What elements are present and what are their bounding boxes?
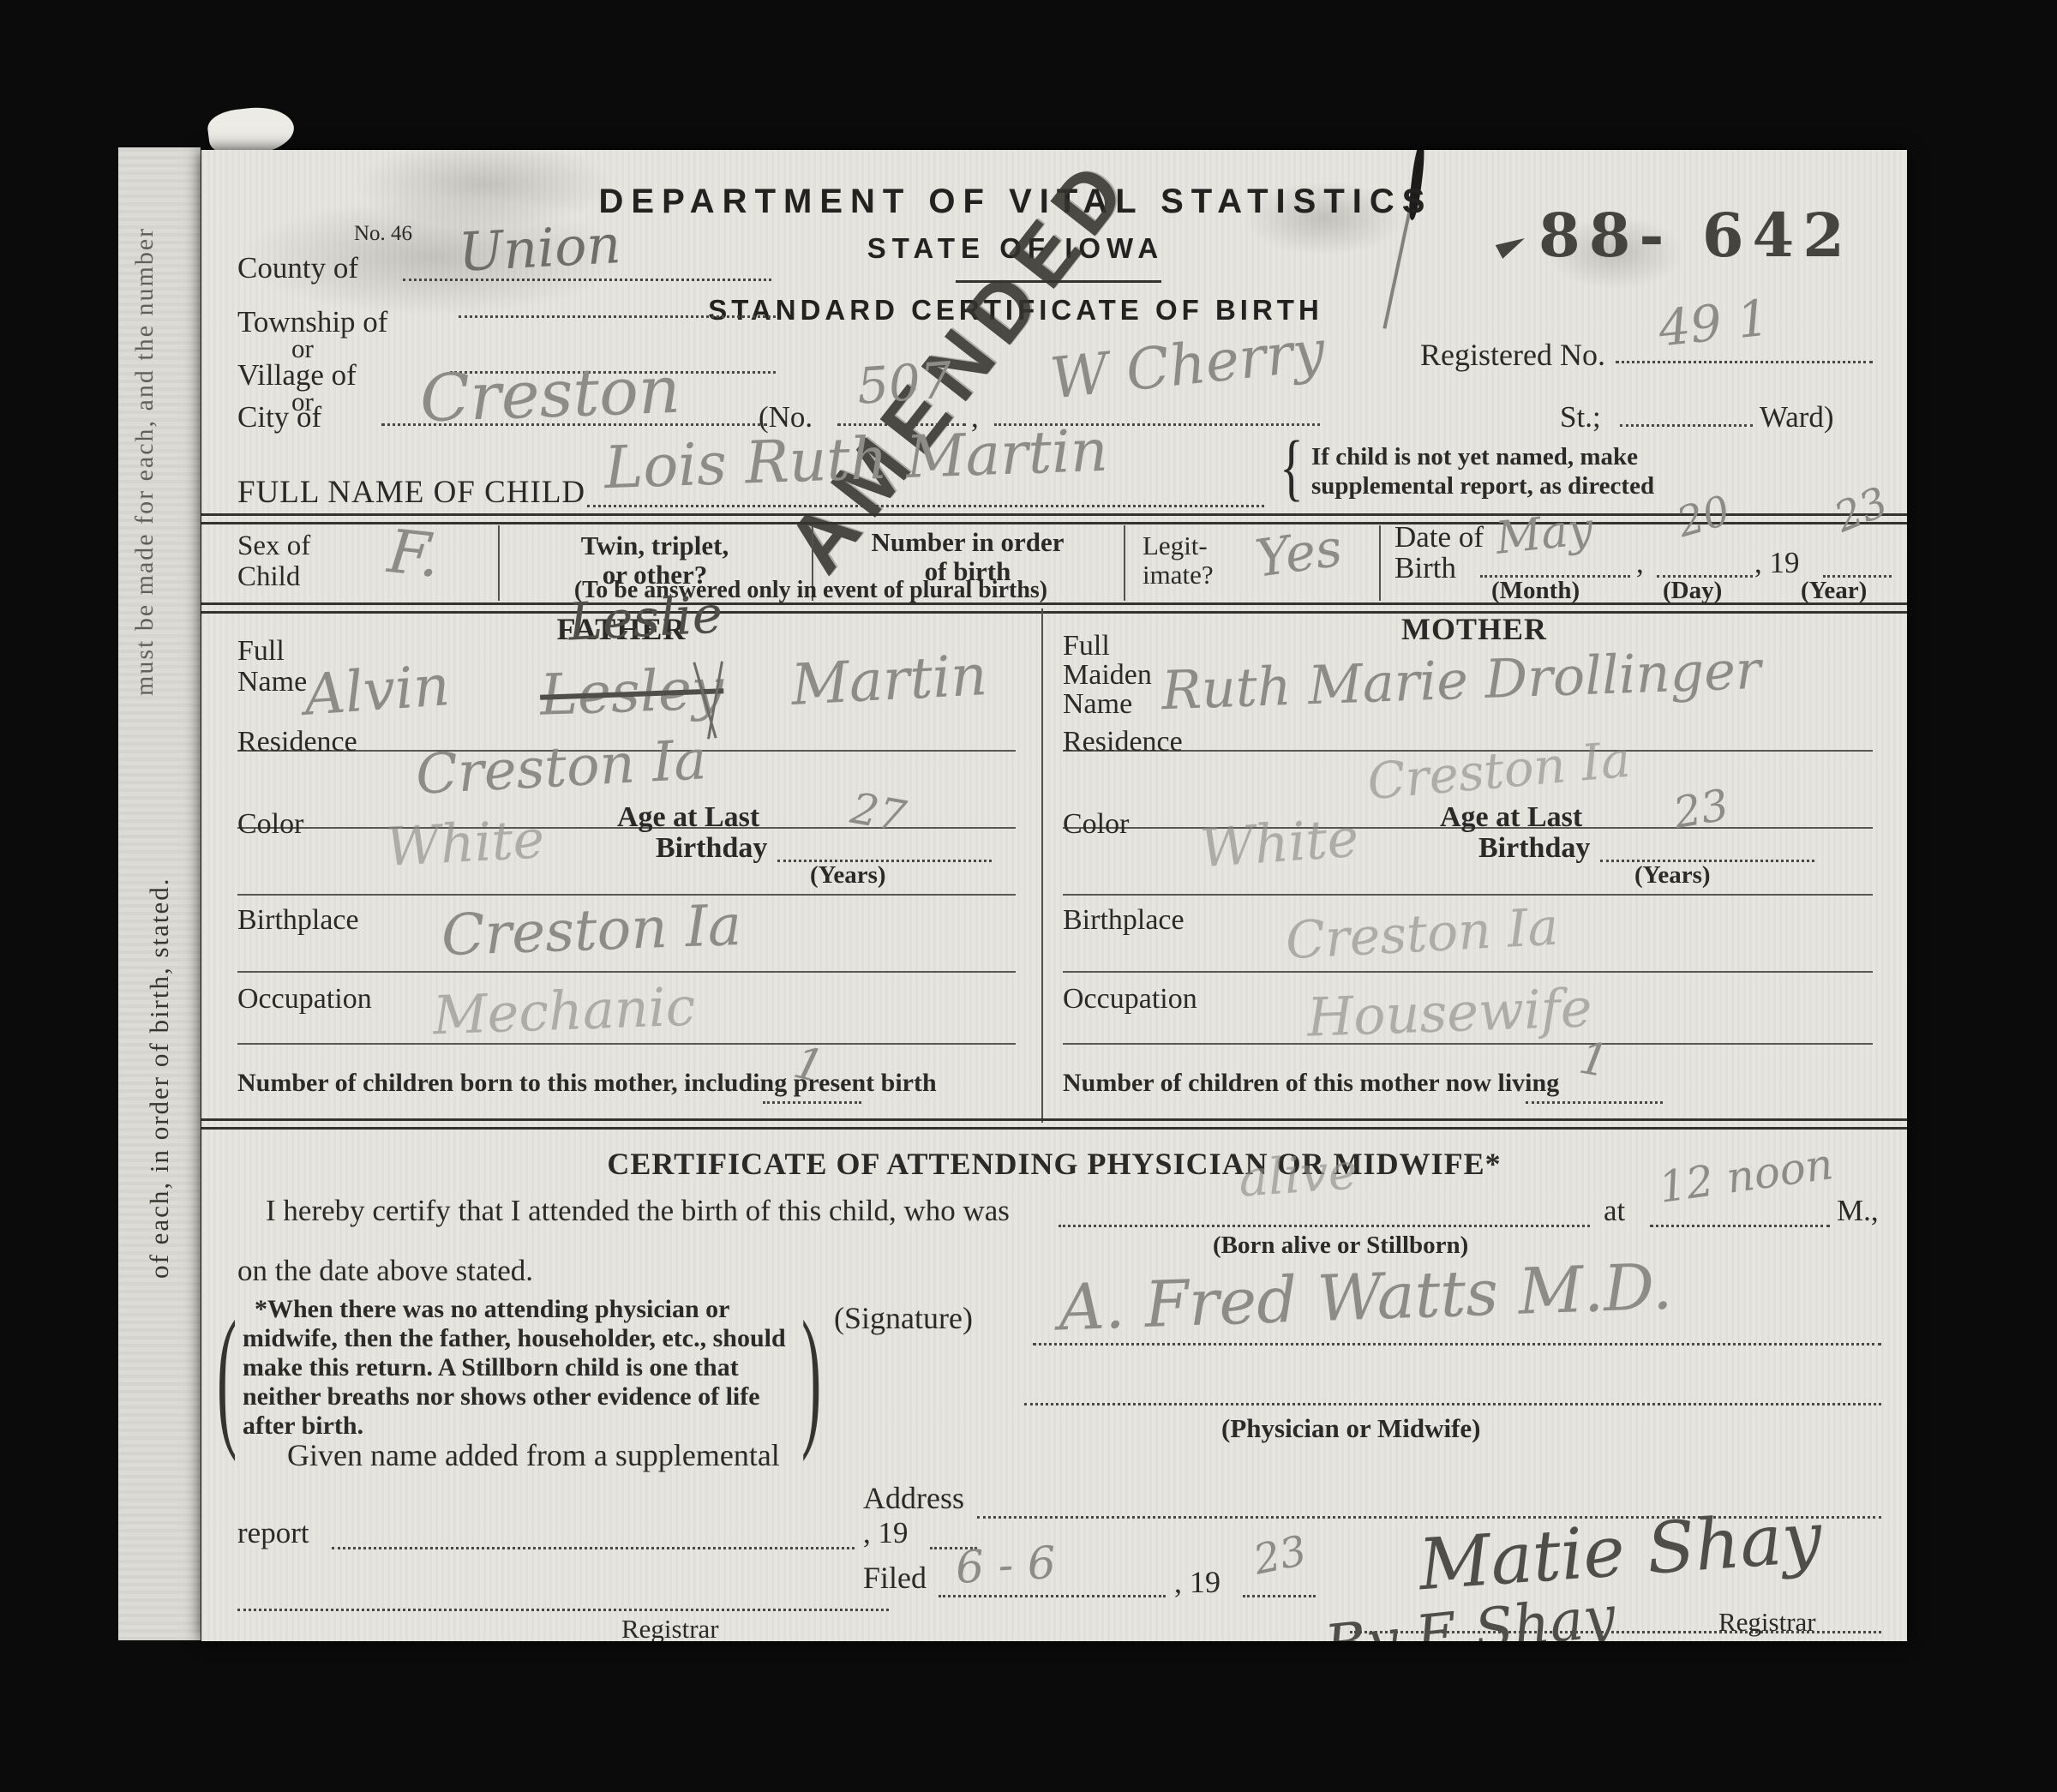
- father-residence-label: Residence: [237, 726, 357, 758]
- date-of-birth-label-line2: Birth: [1394, 551, 1456, 585]
- ward-label: Ward): [1760, 400, 1834, 435]
- mother-age-label-line2: Birthday: [1478, 832, 1590, 865]
- father-age-handwritten: 27: [847, 783, 909, 842]
- rule-top-of-sex-row: [201, 513, 1907, 524]
- report-label: report: [237, 1516, 309, 1550]
- certificate-page: DEPARTMENT OF VITAL STATISTICS STATE OF …: [201, 150, 1907, 1641]
- mother-birthplace-label: Birthplace: [1063, 904, 1184, 937]
- year-prefix: , 19: [1754, 546, 1800, 580]
- mother-section-title: MOTHER: [1041, 611, 1907, 647]
- order-label-line1: Number in order: [812, 527, 1124, 558]
- filed-year-prefix: , 19: [1174, 1564, 1220, 1600]
- sex-row-divider: [1124, 525, 1125, 601]
- year-caption: (Year): [1801, 577, 1867, 605]
- mother-birthplace-line: [1063, 971, 1873, 973]
- father-name-label-line1: Full: [237, 635, 285, 668]
- mother-residence-label: Residence: [1063, 726, 1183, 758]
- footnote-line-1: *When there was no attending physician o…: [255, 1295, 730, 1324]
- signature-blank-2: [1024, 1362, 1881, 1405]
- day-caption: (Day): [1663, 577, 1722, 605]
- rule-below-children-row: [201, 1118, 1907, 1130]
- report-year-prefix: , 19: [863, 1516, 909, 1550]
- mother-occupation-label: Occupation: [1063, 983, 1197, 1016]
- child-note-line1: If child is not yet named, make: [1311, 443, 1638, 471]
- mother-name-label-line3: Name: [1063, 688, 1132, 721]
- month-caption: (Month): [1491, 577, 1580, 605]
- father-birthplace-handwritten: Creston Ia: [441, 892, 743, 968]
- birth-year-blank: [1823, 530, 1892, 578]
- legitimate-label-line2: imate?: [1142, 560, 1214, 590]
- registrar-right-label: Registrar: [1718, 1607, 1816, 1638]
- father-name-inserted-handwritten: Leslie: [567, 584, 723, 652]
- county-handwritten: Union: [457, 213, 622, 284]
- sex-label-line1: Sex of: [237, 530, 310, 562]
- mother-occupation-line: [1063, 1043, 1873, 1045]
- note-brace: {: [1280, 423, 1304, 510]
- county-label: County of: [237, 251, 358, 285]
- father-name-label-line2: Name: [237, 666, 307, 698]
- footnote-line-4: neither breaths nor shows other evidence…: [243, 1382, 760, 1411]
- father-color-handwritten: White: [384, 807, 546, 878]
- signature-label: (Signature): [834, 1300, 973, 1336]
- sex-label-line2: Child: [237, 561, 300, 593]
- mother-name-handwritten: Ruth Marie Drollinger: [1160, 638, 1762, 722]
- mother-name-label-line2: Maiden: [1063, 659, 1152, 692]
- father-color-label: Color: [237, 808, 303, 841]
- legitimate-label-line1: Legit-: [1142, 530, 1208, 561]
- birth-month-handwritten: May: [1493, 503, 1595, 565]
- at-label: at: [1604, 1194, 1625, 1228]
- footnote-line-3: make this return. A Stillborn child is o…: [243, 1353, 739, 1382]
- st-label: St.;: [1560, 400, 1601, 435]
- footnote-line-5: after birth.: [243, 1411, 363, 1441]
- father-name-last-handwritten: Martin: [789, 642, 988, 718]
- date-comma: ,: [1636, 546, 1644, 580]
- physician-section-title: CERTIFICATE OF ATTENDING PHYSICIAN OR MI…: [201, 1146, 1907, 1182]
- father-age-caption: (Years): [810, 861, 886, 890]
- registered-no-handwritten: 49 1: [1656, 288, 1772, 357]
- house-no-handwritten: 507: [855, 351, 954, 416]
- supplemental-text: Given name added from a supplemental: [287, 1437, 780, 1473]
- children-living-label: Number of children of this mother now li…: [1063, 1069, 1559, 1098]
- margin-vertical-text-top: must be made for each, and the number: [130, 227, 159, 696]
- father-name-first-handwritten: Alvin: [303, 652, 453, 728]
- mother-residence-handwritten: Creston Ia: [1365, 730, 1633, 812]
- child-note-line2: supplemental report, as directed: [1311, 472, 1654, 500]
- father-birthplace-line: [237, 971, 1016, 973]
- registered-no-label: Registered No.: [1420, 337, 1605, 373]
- physician-caption: (Physician or Midwife): [1221, 1413, 1481, 1444]
- mother-age-handwritten: 23: [1670, 780, 1732, 838]
- mother-color-handwritten: White: [1198, 806, 1361, 880]
- st-blank: [1620, 393, 1753, 427]
- mother-birthplace-handwritten: Creston Ia: [1284, 897, 1560, 972]
- address-label: Address: [863, 1480, 964, 1516]
- sex-row-divider: [1379, 525, 1381, 601]
- township-blank: [459, 274, 776, 318]
- filed-date-handwritten: 6 - 6: [955, 1537, 1058, 1594]
- father-occupation-label: Occupation: [237, 983, 372, 1016]
- father-birthplace-label: Birthplace: [237, 904, 359, 937]
- m-label: M.,: [1837, 1194, 1879, 1228]
- date-stated-text: on the date above stated.: [237, 1254, 533, 1288]
- footnote-brace-right: ): [801, 1290, 821, 1468]
- father-mother-divider: [1041, 608, 1043, 1123]
- child-name-label: FULL NAME OF CHILD: [237, 474, 585, 511]
- file-number-stamp: 88- 642: [1538, 200, 1853, 271]
- born-alive-handwritten: alive: [1237, 1142, 1359, 1208]
- footnote-line-2: midwife, then the father, householder, e…: [243, 1324, 786, 1353]
- mother-age-label-line1: Age at Last: [1440, 801, 1582, 834]
- legitimate-handwritten: Yes: [1252, 518, 1346, 589]
- registrar-left-label: Registrar: [621, 1614, 719, 1641]
- father-occupation-handwritten: Mechanic: [432, 975, 697, 1047]
- date-of-birth-label-line1: Date of: [1394, 520, 1484, 554]
- margin-vertical-text-bottom: of each, in order of birth, stated.: [144, 877, 175, 1279]
- twin-label-line1: Twin, triplet,: [498, 530, 812, 561]
- mother-name-label-line1: Full: [1063, 630, 1110, 662]
- mother-color-label: Color: [1063, 808, 1129, 841]
- report-blank: [332, 1507, 855, 1549]
- father-age-label-line1: Age at Last: [617, 801, 759, 834]
- footnote-brace-left: (: [217, 1290, 237, 1468]
- father-age-label-line2: Birthday: [656, 832, 767, 865]
- mother-age-caption: (Years): [1634, 861, 1711, 890]
- mother-color-line: [1063, 894, 1873, 896]
- filed-label: Filed: [863, 1560, 927, 1596]
- city-handwritten: Creston: [419, 351, 682, 437]
- mother-occupation-handwritten: Housewife: [1306, 976, 1593, 1049]
- certify-text: I hereby certify that I attended the bir…: [266, 1194, 1010, 1228]
- sex-handwritten: F.: [385, 516, 443, 591]
- scanned-document-background: { "colors": { "paper": "#e7e5e0", "ink":…: [0, 0, 2057, 1792]
- page-left-margin-strip: must be made for each, and the number of…: [118, 147, 201, 1640]
- city-label: City of: [237, 400, 321, 435]
- registrar-left-blank: [237, 1569, 889, 1611]
- father-occupation-line: [237, 1043, 1016, 1045]
- born-alive-caption: (Born alive or Stillborn): [1213, 1232, 1468, 1260]
- father-residence-handwritten: Creston Ia: [414, 728, 708, 807]
